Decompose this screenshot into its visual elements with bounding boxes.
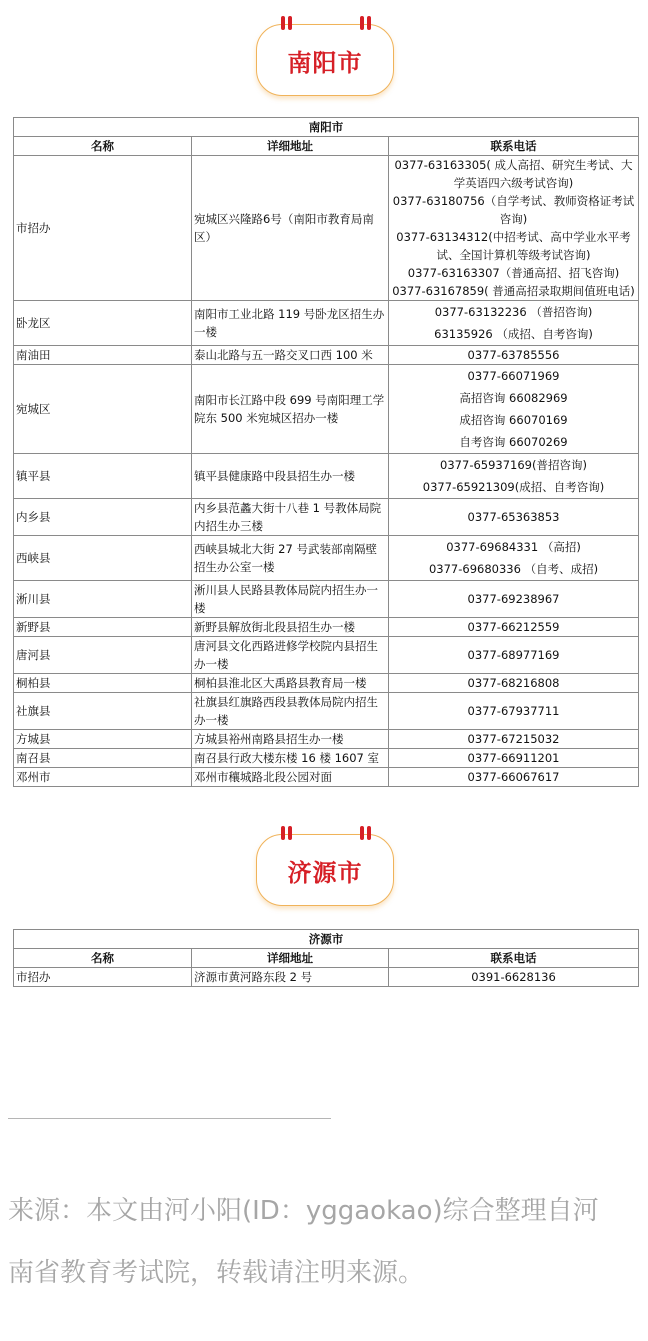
office-name: 社旗县 (14, 693, 192, 730)
office-name: 方城县 (14, 730, 192, 749)
phone-line: 0377-63134312(中招考试、高中学业水平考试、全国计算机等级考试咨询) (391, 228, 636, 264)
office-address: 淅川县人民路县教体局院内招生办一楼 (192, 581, 389, 618)
phone-line: 高招咨询 66082969 (391, 387, 636, 409)
table-row: 社旗县社旗县红旗路西段县教体局院内招生办一楼0377-67937711 (14, 693, 639, 730)
table-row: 市招办济源市黄河路东段 2 号0391-6628136 (14, 968, 639, 987)
office-address: 宛城区兴隆路6号（南阳市教育局南区） (192, 156, 389, 301)
table-header-row: 名称 详细地址 联系电话 (14, 949, 639, 968)
contact-table-jiyuan: 济源市 名称 详细地址 联系电话 市招办济源市黄河路东段 2 号0391-662… (13, 929, 639, 987)
office-name: 唐河县 (14, 637, 192, 674)
source-line-2: 南省教育考试院，转载请注明来源。 (8, 1256, 638, 1290)
phone-line: 0377-65937169(普招咨询) (391, 454, 636, 476)
table-row: 卧龙区南阳市工业北路 119 号卧龙区招生办一楼0377-63132236 （普… (14, 301, 639, 346)
section-badge-jiyuan: 济源市 (256, 834, 394, 906)
binder-ring-icon (288, 826, 292, 840)
office-address: 社旗县红旗路西段县教体局院内招生办一楼 (192, 693, 389, 730)
phone-line: 0377-63132236 （普招咨询) (391, 301, 636, 323)
table-row: 镇平县镇平县健康路中段县招生办一楼0377-65937169(普招咨询)0377… (14, 454, 639, 499)
table-body: 市招办济源市黄河路东段 2 号0391-6628136 (14, 968, 639, 987)
binder-ring-icon (360, 16, 364, 30)
office-address: 南阳市长江路中段 699 号南阳理工学院东 500 米宛城区招办一楼 (192, 365, 389, 454)
office-phone: 0377-67937711 (389, 693, 639, 730)
office-phone: 0377-68977169 (389, 637, 639, 674)
office-address: 邓州市穰城路北段公园对面 (192, 768, 389, 787)
binder-ring-icon (367, 826, 371, 840)
office-name: 邓州市 (14, 768, 192, 787)
office-phone: 0377-69684331 （高招)0377-69680336 （自考、成招) (389, 536, 639, 581)
phone-line: 0377-66212559 (391, 618, 636, 636)
section-title: 南阳市 (288, 43, 363, 78)
table-row: 宛城区南阳市长江路中段 699 号南阳理工学院东 500 米宛城区招办一楼037… (14, 365, 639, 454)
contact-table-nanyang: 南阳市 名称 详细地址 联系电话 市招办宛城区兴隆路6号（南阳市教育局南区）03… (13, 117, 639, 787)
table-title: 济源市 (14, 930, 639, 949)
table-row: 南油田泰山北路与五一路交叉口西 100 米0377-63785556 (14, 346, 639, 365)
office-name: 南油田 (14, 346, 192, 365)
phone-line: 0377-67937711 (391, 702, 636, 720)
table-row: 桐柏县桐柏县淮北区大禹路县教育局一楼0377-68216808 (14, 674, 639, 693)
binder-ring-icon (360, 826, 364, 840)
office-address: 新野县解放街北段县招生办一楼 (192, 618, 389, 637)
phone-line: 0377-66911201 (391, 749, 636, 767)
source-line-1: 来源：本文由河小阳(ID：yggaokao)综合整理自河 (8, 1194, 638, 1228)
phone-line: 0377-65363853 (391, 508, 636, 526)
office-phone: 0377-66071969高招咨询 66082969成招咨询 66070169自… (389, 365, 639, 454)
office-address: 济源市黄河路东段 2 号 (192, 968, 389, 987)
office-phone: 0377-63785556 (389, 346, 639, 365)
binder-ring-icon (281, 826, 285, 840)
phone-line: 0377-63163305( 成人高招、研究生考试、大学英语四六级考试咨询) (391, 156, 636, 192)
table-title: 南阳市 (14, 118, 639, 137)
office-address: 南阳市工业北路 119 号卧龙区招生办一楼 (192, 301, 389, 346)
office-address: 内乡县范蠡大街十八巷 1 号教体局院内招生办三楼 (192, 499, 389, 536)
office-name: 桐柏县 (14, 674, 192, 693)
office-name: 镇平县 (14, 454, 192, 499)
office-address: 西峡县城北大街 27 号武装部南隔壁招生办公室一楼 (192, 536, 389, 581)
office-name: 市招办 (14, 156, 192, 301)
office-phone: 0377-63132236 （普招咨询)63135926 （成招、自考咨询) (389, 301, 639, 346)
office-name: 内乡县 (14, 499, 192, 536)
column-header-phone: 联系电话 (389, 949, 639, 968)
column-header-phone: 联系电话 (389, 137, 639, 156)
table-row: 内乡县内乡县范蠡大街十八巷 1 号教体局院内招生办三楼0377-65363853 (14, 499, 639, 536)
office-address: 桐柏县淮北区大禹路县教育局一楼 (192, 674, 389, 693)
phone-line: 成招咨询 66070169 (391, 409, 636, 431)
office-name: 淅川县 (14, 581, 192, 618)
phone-line: 0391-6628136 (391, 968, 636, 986)
table-row: 邓州市邓州市穰城路北段公园对面0377-66067617 (14, 768, 639, 787)
phone-line: 0377-65921309(成招、自考咨询) (391, 476, 636, 498)
office-phone: 0377-68216808 (389, 674, 639, 693)
phone-line: 0377-69684331 （高招) (391, 536, 636, 558)
phone-line: 0377-63167859( 普通高招录取期间值班电话) (391, 282, 636, 300)
section-title: 济源市 (288, 853, 363, 888)
column-header-name: 名称 (14, 949, 192, 968)
column-header-address: 详细地址 (192, 137, 389, 156)
footer-divider (8, 1118, 331, 1119)
office-name: 西峡县 (14, 536, 192, 581)
office-name: 卧龙区 (14, 301, 192, 346)
office-phone: 0391-6628136 (389, 968, 639, 987)
phone-line: 0377-68977169 (391, 646, 636, 664)
office-phone: 0377-67215032 (389, 730, 639, 749)
office-phone: 0377-65937169(普招咨询)0377-65921309(成招、自考咨询… (389, 454, 639, 499)
section-badge-nanyang: 南阳市 (256, 24, 394, 96)
office-address: 镇平县健康路中段县招生办一楼 (192, 454, 389, 499)
office-name: 宛城区 (14, 365, 192, 454)
office-phone: 0377-63163305( 成人高招、研究生考试、大学英语四六级考试咨询)03… (389, 156, 639, 301)
phone-line: 0377-67215032 (391, 730, 636, 748)
office-phone: 0377-69238967 (389, 581, 639, 618)
phone-line: 0377-69238967 (391, 590, 636, 608)
column-header-address: 详细地址 (192, 949, 389, 968)
phone-line: 0377-63785556 (391, 346, 636, 364)
column-header-name: 名称 (14, 137, 192, 156)
phone-line: 0377-69680336 （自考、成招) (391, 558, 636, 580)
table-title-row: 南阳市 (14, 118, 639, 137)
phone-line: 63135926 （成招、自考咨询) (391, 323, 636, 345)
phone-line: 0377-63163307（普通高招、招飞咨询) (391, 264, 636, 282)
office-address: 南召县行政大楼东楼 16 楼 1607 室 (192, 749, 389, 768)
binder-ring-icon (367, 16, 371, 30)
phone-line: 0377-66067617 (391, 768, 636, 786)
office-name: 市招办 (14, 968, 192, 987)
office-phone: 0377-66067617 (389, 768, 639, 787)
table-row: 西峡县西峡县城北大街 27 号武装部南隔壁招生办公室一楼0377-6968433… (14, 536, 639, 581)
office-phone: 0377-66212559 (389, 618, 639, 637)
office-address: 泰山北路与五一路交叉口西 100 米 (192, 346, 389, 365)
office-name: 新野县 (14, 618, 192, 637)
office-phone: 0377-66911201 (389, 749, 639, 768)
binder-ring-icon (281, 16, 285, 30)
phone-line: 0377-66071969 (391, 365, 636, 387)
phone-line: 0377-68216808 (391, 674, 636, 692)
office-name: 南召县 (14, 749, 192, 768)
table-header-row: 名称 详细地址 联系电话 (14, 137, 639, 156)
table-row: 南召县南召县行政大楼东楼 16 楼 1607 室0377-66911201 (14, 749, 639, 768)
phone-line: 0377-63180756（自学考试、教师资格证考试咨询) (391, 192, 636, 228)
table-row: 市招办宛城区兴隆路6号（南阳市教育局南区）0377-63163305( 成人高招… (14, 156, 639, 301)
office-address: 唐河县文化西路进修学校院内县招生办一楼 (192, 637, 389, 674)
phone-line: 自考咨询 66070269 (391, 431, 636, 453)
table-row: 方城县方城县裕州南路县招生办一楼0377-67215032 (14, 730, 639, 749)
binder-ring-icon (288, 16, 292, 30)
table-row: 新野县新野县解放街北段县招生办一楼0377-66212559 (14, 618, 639, 637)
table-body: 市招办宛城区兴隆路6号（南阳市教育局南区）0377-63163305( 成人高招… (14, 156, 639, 787)
office-phone: 0377-65363853 (389, 499, 639, 536)
table-row: 唐河县唐河县文化西路进修学校院内县招生办一楼0377-68977169 (14, 637, 639, 674)
table-row: 淅川县淅川县人民路县教体局院内招生办一楼0377-69238967 (14, 581, 639, 618)
office-address: 方城县裕州南路县招生办一楼 (192, 730, 389, 749)
table-title-row: 济源市 (14, 930, 639, 949)
